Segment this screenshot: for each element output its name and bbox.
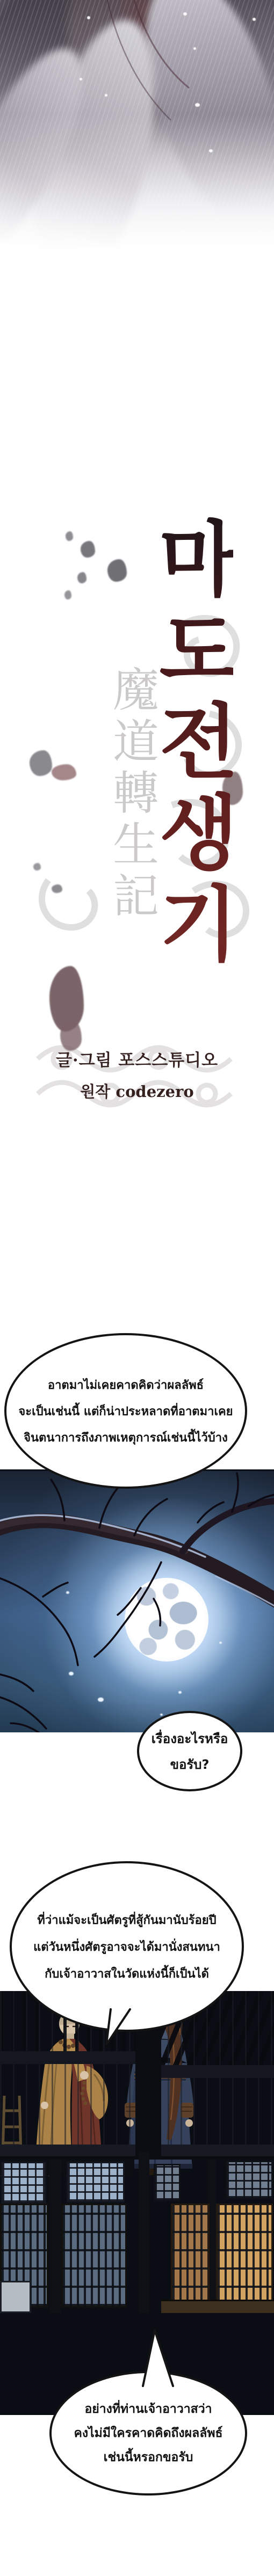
ink-splat [77,572,86,583]
credit-original: 원작 codezero [0,1080,274,1102]
speech-bubble-monk-1: อาตมาไม่เคยคาดคิดว่าผลลัพธ์ จะเป็นเช่นนี… [4,1333,247,1489]
ink-splat [33,863,41,870]
transom-window [226,2161,273,2199]
speech-bubble-monk-2: ที่ว่าแม้จะเป็นศัตรูที่สู้กันมานับร้อยปี… [10,1861,244,2032]
star [178,1691,182,1694]
speech-line: เช่นนี้หรอกขอรับ [104,2448,193,2467]
column [139,2152,149,2313]
speech-line: แต่วันหนึ่งศัตรูอาจจะได้มานั่งสนทนา [33,1937,220,1956]
tree-branches [0,1471,274,1732]
title-korean-vertical: 마도전생기 [152,516,233,1042]
fade-to-white [0,0,274,301]
night-moon-panel [0,1469,274,1732]
ink-splat [30,750,52,776]
star [160,1714,163,1716]
speech-line: คงไม่มีใครคาดคิดถึงผลลัพธ์ [74,2424,222,2443]
lattice-door-warm [171,2204,210,2308]
light-wall-panel [0,2281,31,2313]
lattice-door-cool [61,2204,127,2308]
transom-window [67,2162,125,2202]
speech-line: เรื่องอะไรหรือ [152,1728,228,1749]
ink-splat [64,590,71,599]
star [66,1591,69,1594]
window-sill [161,2300,274,2313]
speech-line: จินตนาการถึงภาพเหตุการณ์เช่นนี้ไว้บ้าง [24,1428,228,1447]
ink-splat [107,559,127,582]
bubble-tail-down [103,2008,135,2048]
temple-courtyard-panel [0,1991,274,2415]
column [208,2160,216,2313]
header-feather-art [0,0,274,301]
roof-beam [0,2051,135,2064]
speech-line: อาตมาไม่เคยคาดคิดว่าผลลัพธ์ [48,1375,204,1394]
speech-bubble-reply: เรื่องอะไรหรือ ขอรับ? [137,1711,242,1791]
star [69,1672,74,1675]
lattice-door-lit [216,2204,273,2308]
column [49,2160,61,2313]
speech-line: อย่างที่ท่านเจ้าอาวาสว่า [84,2399,212,2419]
ink-splat [49,966,84,1031]
speech-bubble-swordsman: อย่างที่ท่านเจ้าอาวาสว่า คงไม่มีใครคาดคิ… [49,2371,247,2495]
ink-splat [66,531,73,541]
credit-story-art: 글·그림 포스스튜디오 [0,1046,274,1071]
webtoon-page: 魔道轉生記 마도전생기 글·그림 포스스튜디오 원작 codezero อาตม… [0,0,274,2576]
ink-splat [81,541,95,558]
speech-line: ขอรับ? [170,1754,210,1775]
roof-beam [161,2065,274,2078]
transom-window [154,2164,181,2201]
speech-line: กับเจ้าอาวาสในวัดแห่งนี้ก็เป็นได้ [45,1964,209,1983]
star [219,1642,222,1644]
transom-window [1,2162,46,2204]
speech-line: ที่ว่าแม้จะเป็นศัตรูที่สู้กันมานับร้อยปี [37,1911,216,1929]
bubble-tail-up [141,2329,175,2387]
speech-line: จะเป็นเช่นนี้ แต่ก็น่าประหลาดที่อาตมาเคย [18,1402,233,1421]
star [98,1697,104,1702]
ink-splat [52,884,62,893]
ink-splat [52,764,76,780]
